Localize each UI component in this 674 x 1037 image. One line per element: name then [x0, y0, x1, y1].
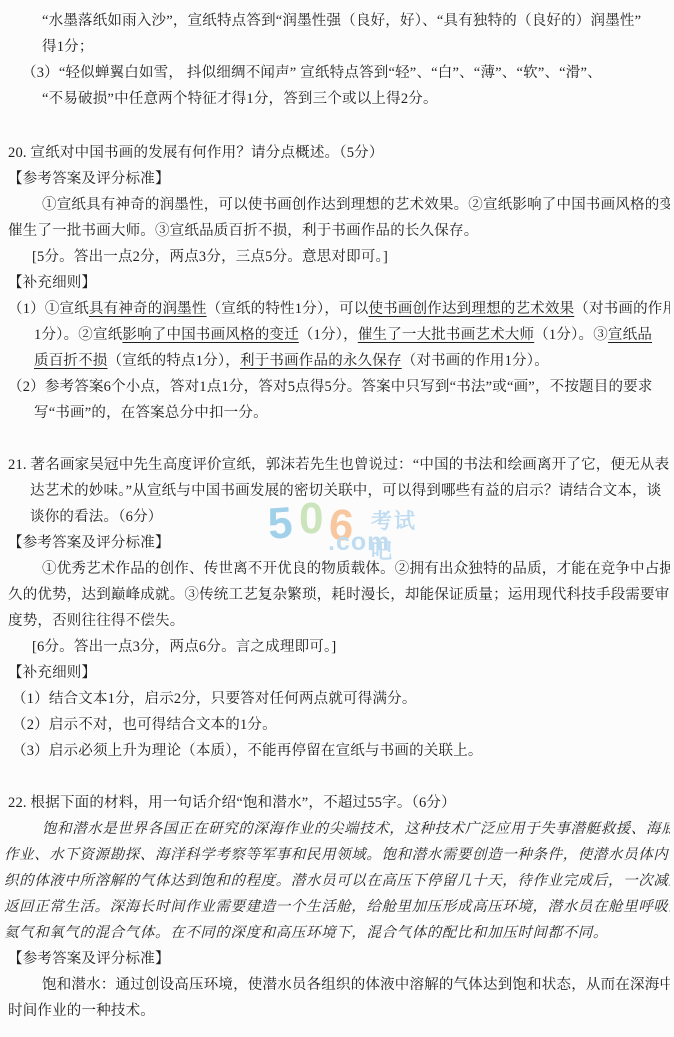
text-line: 21. 著名画家吴冠中先生高度评价宣纸，郭沫若先生也曾说过：“中国的书法和绘画离…: [4, 452, 670, 478]
text-run: （1分），: [299, 327, 358, 343]
underlined-text: 宣纸品: [608, 327, 652, 343]
text-run: 久的优势，达到巅峰成就。③传统工艺复杂繁琐，耗时漫长，却能保证质量；运用现代科技…: [8, 587, 670, 603]
text-run: 【参考答案及评分标准】: [8, 951, 170, 967]
text-run: 【参考答案及评分标准】: [8, 171, 170, 187]
text-run: （2）参考答案6个小点，答对1点1分，答对5点得5分。答案中只写到“书法”或“画…: [8, 379, 653, 395]
underlined-text: 催生了一大批书画艺术大师: [358, 327, 534, 343]
text-line: ①优秀艺术作品的创作、传世离不开优良的物质载体。②拥有出众独特的品质，才能在竞争…: [4, 556, 670, 582]
text-line: [6分。答出一点3分，两点6分。言之成理即可。]: [4, 634, 670, 660]
q19-scoring-continuation: “水墨落纸如雨入沙”，宣纸特点答到“润墨性强（良好，好）、“具有独特的（良好的）…: [4, 8, 670, 112]
text-run: 饱和潜水：通过创设高压环境，使潜水员各组织的体液中溶解的气体达到饱和状态，从而在…: [42, 977, 670, 993]
text-line: 饱和潜水：通过创设高压环境，使潜水员各组织的体液中溶解的气体达到饱和状态，从而在…: [4, 972, 670, 998]
text-run: （宣纸的特点1分），: [108, 353, 241, 369]
text-run: 返回正常生活。深海长时间作业需要建造一个生活舱，给舱里加压形成高压环境，潜水员在…: [4, 899, 670, 915]
question-20: 20. 宣纸对中国书画的发展有何作用？请分点概述。（5分）【参考答案及评分标准】…: [4, 140, 670, 426]
text-line: 【补充细则】: [4, 270, 670, 296]
text-line: （2）参考答案6个小点，答对1点1分，答对5点得5分。答案中只写到“书法”或“画…: [4, 374, 670, 400]
text-run: “水墨落纸如雨入沙”，宣纸特点答到“润墨性强（良好，好）、“具有独特的（良好的）…: [42, 13, 641, 29]
text-run: 写“书画”的，在答案总分中扣一分。: [34, 405, 268, 421]
question-22: 22. 根据下面的材料，用一句话介绍“饱和潜水”，不超过55字。（6分）饱和潜水…: [4, 790, 670, 1024]
text-run: 织的体液中所溶解的气体达到饱和的程度。潜水员可以在高压下停留几十天，待作业完成后…: [4, 873, 670, 889]
text-run: 氦气和氧气的混合气体。在不同的深度和高压环境下，混合气体的配比和加压时间都不同。: [4, 925, 608, 941]
text-run: 【参考答案及评分标准】: [8, 535, 170, 551]
text-line: 【参考答案及评分标准】: [4, 530, 670, 556]
text-line: 度势，否则往往得不偿失。: [4, 608, 670, 634]
text-run: 催生了一批书画大师。③宣纸品质百折不损，利于书画作品的长久保存。: [8, 223, 478, 239]
text-line: （1）结合文本1分，启示2分，只要答对任何两点就可得满分。: [4, 686, 670, 712]
text-run: 达艺术的妙味。”从宣纸与中国书画发展的密切关联中，可以得到哪些有益的启示？请结合…: [30, 483, 661, 499]
text-line: 饱和潜水是世界各国正在研究的深海作业的尖端技术，这种技术广泛应用于失事潜艇救援、…: [4, 816, 670, 842]
text-line: 氦气和氧气的混合气体。在不同的深度和高压环境下，混合气体的配比和加压时间都不同。: [4, 920, 670, 946]
text-run: （1分）。③: [534, 327, 608, 343]
text-run: 作业、水下资源勘探、海洋科学考察等军事和民用领域。饱和潜水需要创造一种条件，使潜…: [4, 847, 670, 863]
underlined-text: 影响了中国书画风格的变迁: [122, 327, 298, 343]
text-line: 织的体液中所溶解的气体达到饱和的程度。潜水员可以在高压下停留几十天，待作业完成后…: [4, 868, 670, 894]
text-run: [5分。答出一点2分，两点3分，三点5分。意思对即可。]: [32, 249, 388, 265]
text-run: （对书画的作用: [574, 301, 670, 317]
text-line: 得1分；: [4, 34, 670, 60]
text-run: 得1分；: [42, 39, 94, 55]
document-body: “水墨落纸如雨入沙”，宣纸特点答到“润墨性强（良好，好）、“具有独特的（良好的）…: [0, 0, 674, 1024]
text-line: 写“书画”的，在答案总分中扣一分。: [4, 400, 670, 426]
text-line: 谈你的看法。（6分）: [4, 504, 670, 530]
text-line: （2）启示不对，也可得结合文本的1分。: [4, 712, 670, 738]
text-run: （2）启示不对，也可得结合文本的1分。: [12, 717, 277, 733]
text-run: ①优秀艺术作品的创作、传世离不开优良的物质载体。②拥有出众独特的品质，才能在竞争…: [42, 561, 670, 577]
underlined-text: 使书画创作达到理想的艺术效果: [368, 301, 574, 317]
text-line: ①宣纸具有神奇的润墨性，可以使书画创作达到理想的艺术效果。②宣纸影响了中国书画风…: [4, 192, 670, 218]
text-run: 1分）。②宣纸: [34, 327, 122, 343]
text-run: 时间作业的一种技术。: [8, 1003, 155, 1019]
text-line: “水墨落纸如雨入沙”，宣纸特点答到“润墨性强（良好，好）、“具有独特的（良好的）…: [4, 8, 670, 34]
text-line: 返回正常生活。深海长时间作业需要建造一个生活舱，给舱里加压形成高压环境，潜水员在…: [4, 894, 670, 920]
text-run: （3）启示必须上升为理论（本质），不能再停留在宣纸与书画的关联上。: [12, 743, 483, 759]
text-run: [6分。答出一点3分，两点6分。言之成理即可。]: [32, 639, 336, 655]
text-run: （1）①宣纸: [8, 301, 89, 317]
text-run: “不易破损”中任意两个特征才得1分，答到三个或以上得2分。: [42, 91, 438, 107]
text-run: 【补充细则】: [8, 665, 96, 681]
text-run: （3）“轻似蝉翼白如雪， 抖似细绸不闻声” 宣纸特点答到“轻”、“白”、“薄”、…: [22, 65, 602, 81]
text-line: （1）①宣纸具有神奇的润墨性（宣纸的特性1分），可以使书画创作达到理想的艺术效果…: [4, 296, 670, 322]
text-line: “不易破损”中任意两个特征才得1分，答到三个或以上得2分。: [4, 86, 670, 112]
text-run: （对书画的作用1分）。: [402, 353, 549, 369]
text-run: （1）结合文本1分，启示2分，只要答对任何两点就可得满分。: [12, 691, 417, 707]
text-line: 1分）。②宣纸影响了中国书画风格的变迁（1分），催生了一大批书画艺术大师（1分）…: [4, 322, 670, 348]
text-line: 【参考答案及评分标准】: [4, 166, 670, 192]
text-run: 20. 宣纸对中国书画的发展有何作用？请分点概述。（5分）: [8, 145, 384, 161]
text-run: 度势，否则往往得不偿失。: [8, 613, 184, 629]
text-run: （宣纸的特性1分），可以: [207, 301, 369, 317]
text-line: 作业、水下资源勘探、海洋科学考察等军事和民用领域。饱和潜水需要创造一种条件，使潜…: [4, 842, 670, 868]
text-run: 22. 根据下面的材料，用一句话介绍“饱和潜水”，不超过55字。（6分）: [8, 795, 456, 811]
text-line: 【补充细则】: [4, 660, 670, 686]
text-run: 饱和潜水是世界各国正在研究的深海作业的尖端技术，这种技术广泛应用于失事潜艇救援、…: [42, 821, 670, 837]
text-line: [5分。答出一点2分，两点3分，三点5分。意思对即可。]: [4, 244, 670, 270]
document-page: 5 0 6 考试吧 .com “水墨落纸如雨入沙”，宣纸特点答到“润墨性强（良好…: [0, 0, 674, 1037]
text-line: （3）启示必须上升为理论（本质），不能再停留在宣纸与书画的关联上。: [4, 738, 670, 764]
underlined-text: 利于书画作品的永久保存: [240, 353, 402, 369]
text-run: 【补充细则】: [8, 275, 96, 291]
text-line: 质百折不损（宣纸的特点1分），利于书画作品的永久保存（对书画的作用1分）。: [4, 348, 670, 374]
question-21: 21. 著名画家吴冠中先生高度评价宣纸，郭沫若先生也曾说过：“中国的书法和绘画离…: [4, 452, 670, 764]
text-line: （3）“轻似蝉翼白如雪， 抖似细绸不闻声” 宣纸特点答到“轻”、“白”、“薄”、…: [4, 60, 670, 86]
underlined-text: 具有神奇的润墨性: [89, 301, 207, 317]
text-line: 久的优势，达到巅峰成就。③传统工艺复杂繁琐，耗时漫长，却能保证质量；运用现代科技…: [4, 582, 670, 608]
text-run: 21. 著名画家吴冠中先生高度评价宣纸，郭沫若先生也曾说过：“中国的书法和绘画离…: [8, 457, 669, 473]
text-line: 【参考答案及评分标准】: [4, 946, 670, 972]
text-line: 20. 宣纸对中国书画的发展有何作用？请分点概述。（5分）: [4, 140, 670, 166]
text-line: 22. 根据下面的材料，用一句话介绍“饱和潜水”，不超过55字。（6分）: [4, 790, 670, 816]
text-line: 催生了一批书画大师。③宣纸品质百折不损，利于书画作品的长久保存。: [4, 218, 670, 244]
text-run: ①宣纸具有神奇的润墨性，可以使书画创作达到理想的艺术效果。②宣纸影响了中国书画风…: [42, 197, 670, 213]
text-run: 谈你的看法。（6分）: [30, 509, 163, 525]
text-line: 达艺术的妙味。”从宣纸与中国书画发展的密切关联中，可以得到哪些有益的启示？请结合…: [4, 478, 670, 504]
underlined-text: 质百折不损: [34, 353, 108, 369]
text-line: 时间作业的一种技术。: [4, 998, 670, 1024]
